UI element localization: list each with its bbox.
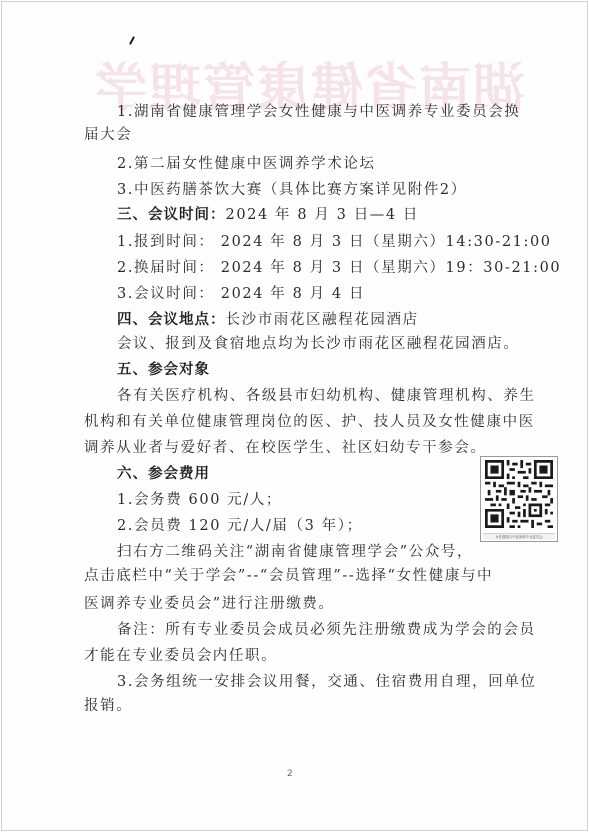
meals-line-2: 报销。 <box>84 696 132 716</box>
qr-caption: 女性健康与中医调养专业委员会 <box>483 533 555 540</box>
agenda-item-3: 3.中医药膳茶饮大赛（具体比赛方案详见附件2） <box>117 180 467 200</box>
section-meeting-time: 三、会议时间：2024 年 8 月 3 日—4 日 <box>117 205 419 225</box>
participants-line-2: 机构和有关单位健康管理岗位的医、护、技人员及女性健康中医 <box>84 412 535 432</box>
remark-line-2: 才能在专业委员会内任职。 <box>84 646 277 666</box>
agenda-item-1: 1.湖南省健康管理学会女性健康与中医调养专业委员会换 <box>117 102 520 122</box>
registration-line-1: 扫右方二维码关注“湖南省健康管理学会”公众号， <box>117 542 473 562</box>
section-heading: 三、会议时间： <box>117 207 226 223</box>
meeting-dates: 2024 年 8 月 3 日—4 日 <box>226 207 420 223</box>
remark-line-1: 备注：所有专业委员会成员必须先注册缴费成为学会的会员 <box>117 620 536 640</box>
conference-time: 3.会议时间： 2024 年 8 月 4 日 <box>117 284 365 304</box>
venue-name: 长沙市雨花区融程花园酒店 <box>226 312 419 328</box>
registration-line-2: 点击底栏中“关于学会”--“会员管理”--选择“女性健康与中 <box>84 566 493 586</box>
election-time: 2.换届时间： 2024 年 8 月 3 日（星期六）19：30-21:00 <box>117 258 561 278</box>
venue-note: 会议、报到及食宿地点均为长沙市雨花区融程花园酒店。 <box>117 334 520 354</box>
registration-line-3: 医调养专业委员会”进行注册缴费。 <box>84 594 335 614</box>
qr-code[interactable]: 女性健康与中医调养专业委员会 <box>480 456 558 542</box>
agenda-item-1-continuation: 届大会 <box>84 125 132 145</box>
fee-membership: 2.会员费 120 元/人/届（3 年）； <box>117 516 363 536</box>
registration-time: 1.报到时间： 2024 年 8 月 3 日（星期六）14:30-21:00 <box>117 232 552 252</box>
qr-code-icon <box>485 460 553 528</box>
participants-line-1: 各有关医疗机构、各级县市妇幼机构、健康管理机构、养生 <box>117 386 536 406</box>
section-heading-participants: 五、参会对象 <box>117 360 210 380</box>
page-number: 2 <box>287 769 293 779</box>
meals-line-1: 3.会务组统一安排会议用餐，交通、住宿费用自理，回单位 <box>117 672 537 692</box>
section-heading: 四、会议地点： <box>117 312 226 328</box>
agenda-item-2: 2.第二届女性健康中医调养学术论坛 <box>117 154 376 174</box>
section-heading-fees: 六、参会费用 <box>117 464 210 484</box>
section-venue: 四、会议地点：长沙市雨花区融程花园酒店 <box>117 310 419 330</box>
participants-line-3: 调养从业者与爱好者、在校医学生、社区妇幼专干参会。 <box>84 438 487 458</box>
fee-conference: 1.会务费 600 元/人； <box>117 490 282 510</box>
